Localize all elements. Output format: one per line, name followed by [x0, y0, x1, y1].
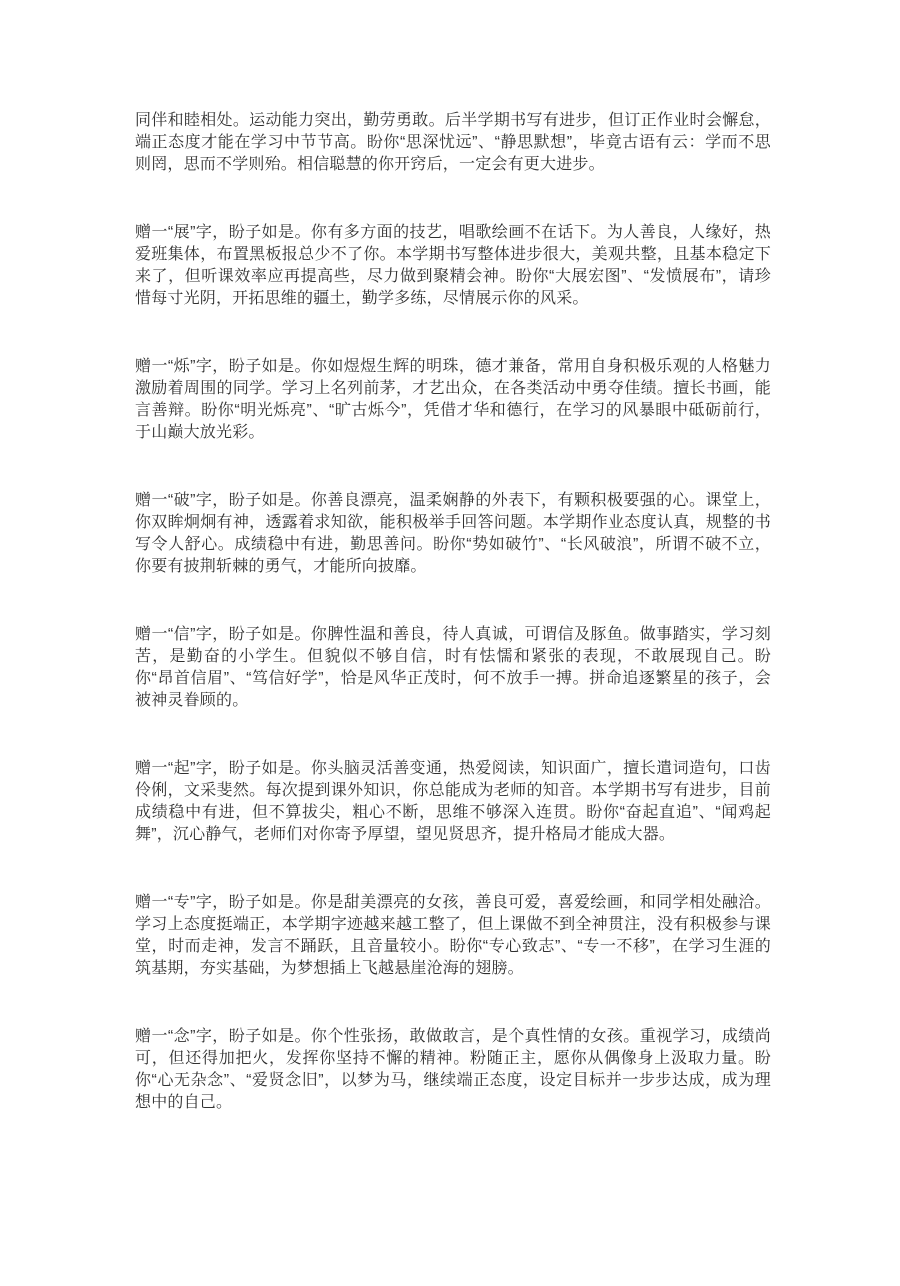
paragraph-7: 赠一“专”字，盼子如是。你是甜美漂亮的女孩，善良可爱，喜爱绘画，和同学相处融洽。…	[135, 892, 771, 980]
paragraph-1: 同伴和睦相处。运动能力突出，勤劳勇敢。后半学期书写有进步，但订正作业时会懈怠，端…	[135, 110, 771, 176]
paragraph-6: 赠一“起”字，盼子如是。你头脑灵活善变通，热爱阅读，知识面广，擅长遣词造句，口齿…	[135, 758, 771, 846]
paragraph-2: 赠一“展”字，盼子如是。你有多方面的技艺，唱歌绘画不在话下。为人善良，人缘好，热…	[135, 222, 771, 310]
paragraph-5: 赠一“信”字，盼子如是。你脾性温和善良，待人真诚，可谓信及豚鱼。做事踏实，学习刻…	[135, 624, 771, 712]
document-page: 同伴和睦相处。运动能力突出，勤劳勇敢。后半学期书写有进步，但订正作业时会懈怠，端…	[0, 0, 900, 1286]
document-text-block: 同伴和睦相处。运动能力突出，勤劳勇敢。后半学期书写有进步，但订正作业时会懈怠，端…	[135, 110, 771, 1114]
paragraph-3: 赠一“烁”字，盼子如是。你如煜煜生辉的明珠，德才兼备，常用自身积极乐观的人格魅力…	[135, 356, 771, 444]
paragraph-4: 赠一“破”字，盼子如是。你善良漂亮，温柔娴静的外表下，有颗积极要强的心。课堂上，…	[135, 490, 771, 578]
paragraph-8: 赠一“念”字，盼子如是。你个性张扬，敢做敢言，是个真性情的女孩。重视学习，成绩尚…	[135, 1026, 771, 1114]
